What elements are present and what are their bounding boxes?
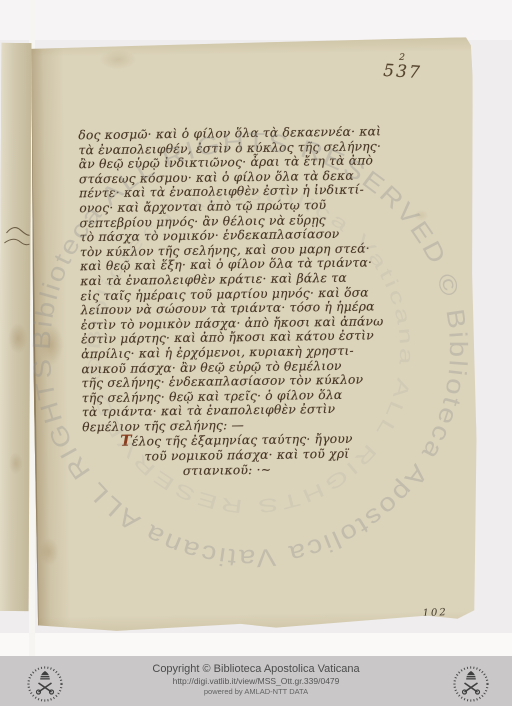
vatican-library-seal-icon [26, 665, 64, 703]
page-number: 102 [422, 607, 448, 619]
footer-text: Copyright © Biblioteca Apostolica Vatica… [0, 663, 512, 697]
footer-copyright: Copyright © Biblioteca Apostolica Vatica… [0, 663, 512, 676]
folio-number-value: 537 [383, 61, 423, 83]
manuscript-text-block: δος κοσμῶ· καὶ ὁ φίλον ὅλα τὰ δεκαεννέα·… [78, 124, 439, 480]
backdrop-top [0, 0, 512, 40]
footer-powered-by: powered by AMLAD-NTT DATA [0, 687, 512, 697]
facing-page-edge [0, 43, 31, 611]
rubricated-initial: Τ [120, 432, 132, 450]
digitized-manuscript-photo: 2 537 δος κοσμῶ· καὶ ὁ φίλον ὅλα τὰ δεκα… [0, 0, 512, 706]
vatican-library-seal-icon [452, 665, 490, 703]
marginal-scribble [2, 221, 32, 255]
manuscript-page: 2 537 δος κοσμῶ· καὶ ὁ φίλον ὅλα τὰ δεκα… [29, 37, 480, 635]
footer-bar: Copyright © Biblioteca Apostolica Vatica… [0, 656, 512, 706]
backdrop-bottom [0, 633, 512, 656]
footer-url: http://digi.vatlib.it/view/MSS_Ott.gr.33… [0, 676, 512, 687]
folio-number: 2 537 [383, 53, 423, 83]
